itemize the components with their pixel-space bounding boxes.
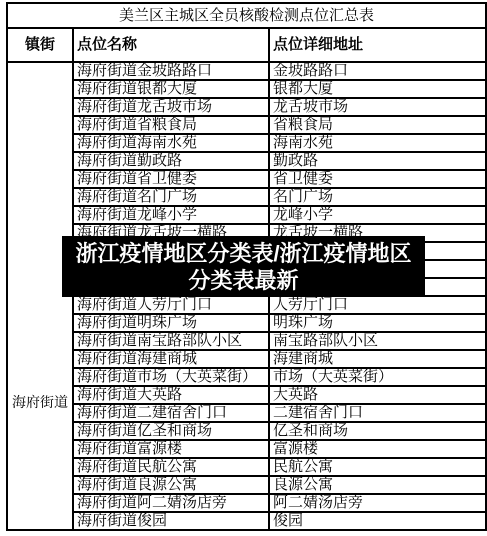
point-name-cell: 海府街道大英路 — [73, 386, 269, 404]
point-address-cell: 金坡路路口 — [269, 62, 486, 80]
screenshot-root: 美兰区主城区全员核酸检测点位汇总表 镇街 点位名称 点位详细地址 海府街道 海府… — [0, 0, 487, 536]
table-row: 海府街道大英路大英路 — [7, 386, 486, 404]
subtitle-line-1: 浙江疫情地区分类表/浙江疫情地区 — [75, 240, 411, 267]
point-address-cell: 省粮食局 — [269, 116, 486, 134]
point-address-cell: 良源公寓 — [269, 476, 486, 494]
point-name-cell: 海府街道海南水苑 — [73, 134, 269, 152]
point-name-cell: 海府街道良源公寓 — [73, 476, 269, 494]
point-address-cell: 龙舌坡市场 — [269, 98, 486, 116]
column-header-point-address: 点位详细地址 — [269, 28, 486, 62]
point-address-cell: 民航公寓 — [269, 458, 486, 476]
point-name-cell: 海府街道阿二婧汤店旁 — [73, 494, 269, 512]
table-row: 海府街道二建宿舍门口二建宿舍门口 — [7, 404, 486, 422]
table-row: 海府街道省粮食局省粮食局 — [7, 116, 486, 134]
table-row: 海府街道勤政路勤政路 — [7, 152, 486, 170]
point-address-cell: 省卫健委 — [269, 170, 486, 188]
point-name-cell: 海府街道名门广场 — [73, 188, 269, 206]
point-name-cell: 海府街道人劳厅门口 — [73, 296, 269, 314]
point-name-cell: 海府街道俊园 — [73, 512, 269, 530]
table-row: 海府街道明珠广场明珠广场 — [7, 314, 486, 332]
point-address-cell: 南宝路部队小区 — [269, 332, 486, 350]
table-row: 海府街道银都大厦银都大厦 — [7, 80, 486, 98]
point-address-cell: 明珠广场 — [269, 314, 486, 332]
table-header-row: 镇街 点位名称 点位详细地址 — [7, 28, 486, 62]
point-name-cell: 海府街道勤政路 — [73, 152, 269, 170]
point-address-cell: 阿二婧汤店旁 — [269, 494, 486, 512]
point-address-cell: 富源楼 — [269, 440, 486, 458]
point-name-cell: 海府街道海建商城 — [73, 350, 269, 368]
subtitle-line-2: 分类表最新 — [188, 267, 298, 294]
table-row: 海府街道市场（大英菜街）市场（大英菜街） — [7, 368, 486, 386]
point-name-cell: 海府街道省粮食局 — [73, 116, 269, 134]
table-row: 海府街道民航公寓民航公寓 — [7, 458, 486, 476]
table-row: 海府街道龙峰小学龙峰小学 — [7, 206, 486, 224]
point-name-cell: 海府街道亿圣和商场 — [73, 422, 269, 440]
table-row: 海府街道龙舌坡市场龙舌坡市场 — [7, 98, 486, 116]
point-name-cell: 海府街道省卫健委 — [73, 170, 269, 188]
point-address-cell: 龙峰小学 — [269, 206, 486, 224]
point-address-cell: 名门广场 — [269, 188, 486, 206]
table-row: 海府街道俊园俊园 — [7, 512, 486, 530]
point-address-cell: 俊园 — [269, 512, 486, 530]
point-address-cell: 人劳厅门口 — [269, 296, 486, 314]
table-row: 海府街道良源公寓良源公寓 — [7, 476, 486, 494]
point-name-cell: 海府街道金坡路路口 — [73, 62, 269, 80]
column-header-street: 镇街 — [7, 28, 73, 62]
table-row: 海府街道名门广场名门广场 — [7, 188, 486, 206]
point-name-cell: 海府街道龙舌坡市场 — [73, 98, 269, 116]
point-name-cell: 海府街道南宝路部队小区 — [73, 332, 269, 350]
table-title-row: 美兰区主城区全员核酸检测点位汇总表 — [7, 3, 486, 28]
street-group-label: 海府街道 — [8, 393, 72, 411]
point-address-cell: 二建宿舍门口 — [269, 404, 486, 422]
table-row: 海府街道省卫健委省卫健委 — [7, 170, 486, 188]
point-name-cell: 海府街道龙峰小学 — [73, 206, 269, 224]
table-title: 美兰区主城区全员核酸检测点位汇总表 — [7, 3, 486, 28]
subtitle-overlay: 浙江疫情地区分类表/浙江疫情地区 分类表最新 — [62, 236, 425, 297]
table-row: 海府街道人劳厅门口人劳厅门口 — [7, 296, 486, 314]
point-address-cell: 海南水苑 — [269, 134, 486, 152]
table-row: 海府街道富源楼富源楼 — [7, 440, 486, 458]
point-address-cell: 市场（大英菜街） — [269, 368, 486, 386]
point-name-cell: 海府街道市场（大英菜街） — [73, 368, 269, 386]
point-address-cell: 大英路 — [269, 386, 486, 404]
column-header-point-name: 点位名称 — [73, 28, 269, 62]
table-row: 海府街道阿二婧汤店旁阿二婧汤店旁 — [7, 494, 486, 512]
point-name-cell: 海府街道民航公寓 — [73, 458, 269, 476]
table-row: 海府街道南宝路部队小区南宝路部队小区 — [7, 332, 486, 350]
table-row: 海府街道海建商城海建商城 — [7, 350, 486, 368]
point-address-cell: 银都大厦 — [269, 80, 486, 98]
table-row: 海府街道海南水苑海南水苑 — [7, 134, 486, 152]
point-name-cell: 海府街道明珠广场 — [73, 314, 269, 332]
point-address-cell: 亿圣和商场 — [269, 422, 486, 440]
table-row: 海府街道亿圣和商场亿圣和商场 — [7, 422, 486, 440]
point-name-cell: 海府街道二建宿舍门口 — [73, 404, 269, 422]
point-name-cell: 海府街道银都大厦 — [73, 80, 269, 98]
point-address-cell: 海建商城 — [269, 350, 486, 368]
point-name-cell: 海府街道富源楼 — [73, 440, 269, 458]
table-row: 海府街道 海府街道金坡路路口 金坡路路口 — [7, 62, 486, 80]
point-address-cell: 勤政路 — [269, 152, 486, 170]
